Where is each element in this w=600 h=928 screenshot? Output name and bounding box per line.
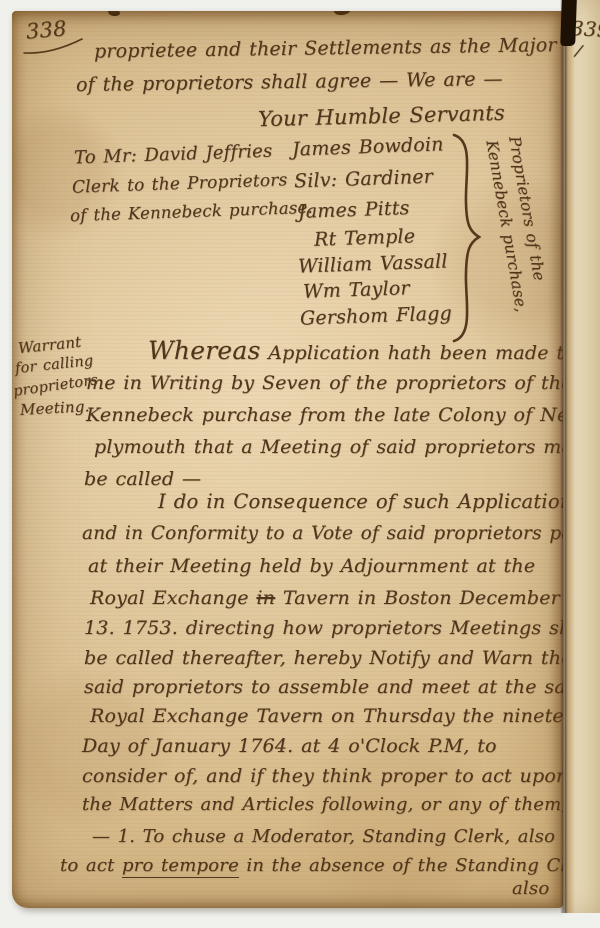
body-line: Whereas Application hath been made to xyxy=(148,337,563,365)
body-line: plymouth that a Meeting of said propriet… xyxy=(94,437,563,458)
signature-item: James Bowdoin xyxy=(292,134,444,160)
article-line: to act pro tempore in the absence of the… xyxy=(60,856,563,876)
exchange-post: Tavern in Boston December xyxy=(275,587,560,609)
signature-item: Rt Temple xyxy=(314,226,416,250)
body-line: Royal Exchange in Tavern in Boston Decem… xyxy=(90,588,560,609)
body-line: at their Meeting held by Adjournment at … xyxy=(88,556,535,577)
whereas-word: Whereas xyxy=(148,336,260,365)
struck-word: in xyxy=(256,587,275,609)
scan-background: { "document": { "left_page_number": "338… xyxy=(0,0,600,928)
body-line: Day of January 1764. at 4 o'Clock P.M, t… xyxy=(82,736,497,757)
body-line: be called thereafter, hereby Notify and … xyxy=(84,648,563,669)
page-number-flourish xyxy=(22,37,84,55)
body-line: said proprietors to assemble and meet at… xyxy=(84,677,563,698)
margin-note-line: Warrant xyxy=(17,334,82,357)
body-line: I do in Consequence of such Application xyxy=(158,491,563,512)
body-line: and in Conformity to a Vote of said prop… xyxy=(82,524,563,544)
body-line: Kennebeck purchase from the late Colony … xyxy=(86,405,563,426)
paper-damage-notch xyxy=(334,11,351,16)
address-line: Clerk to the Proprietors xyxy=(72,171,288,197)
paper-damage-notch xyxy=(108,11,121,17)
closing-salutation: Your Humble Servants xyxy=(258,102,505,132)
body-line: consider of, and if they think proper to… xyxy=(82,766,563,787)
body-line: 13. 1753. directing how proprietors Meet… xyxy=(84,618,563,639)
signature-item: Silv: Gardiner xyxy=(294,167,434,193)
address-line: To Mr: David Jeffries xyxy=(74,142,273,169)
body-line: the Matters and Articles following, or a… xyxy=(82,795,563,815)
next-page-sliver: 339 / xyxy=(565,0,600,913)
signature-item: Wm Taylor xyxy=(303,278,410,303)
article-post: in the absence of the Standing Clerk, xyxy=(239,855,563,876)
right-page-mark: / xyxy=(574,42,583,60)
body-line: Royal Exchange Tavern on Thursday the ni… xyxy=(90,706,563,727)
margin-note-line: Meeting. xyxy=(20,398,90,418)
whereas-rest: Application hath been made to xyxy=(260,342,563,364)
manuscript-page: 338 proprietee and their Settlements as … xyxy=(12,11,563,908)
signature-item: Gershom Flagg xyxy=(300,303,453,329)
address-line: of the Kennebeck purchase. xyxy=(70,199,313,226)
body-line: be called — xyxy=(84,469,201,490)
closing-line-2: of the proprietors shall agree — We are … xyxy=(76,69,503,96)
signature-item: James Pitts xyxy=(298,198,410,223)
signature-item: William Vassall xyxy=(298,251,448,277)
exchange-pre: Royal Exchange xyxy=(90,587,256,609)
article-pre: to act xyxy=(60,855,122,876)
underlined-term: pro tempore xyxy=(122,855,239,878)
signature-brace-label: Proprietors of the Kennebeck purchase, xyxy=(483,135,553,313)
binding-strip xyxy=(560,0,577,46)
signature-brace xyxy=(450,131,482,345)
closing-line-1: proprietee and their Settlements as the … xyxy=(94,34,563,62)
body-line: me in Writing by Seven of the proprietor… xyxy=(86,373,563,394)
article-line: — 1. To chuse a Moderator, Standing Cler… xyxy=(92,827,563,847)
catchword: also xyxy=(512,879,549,899)
